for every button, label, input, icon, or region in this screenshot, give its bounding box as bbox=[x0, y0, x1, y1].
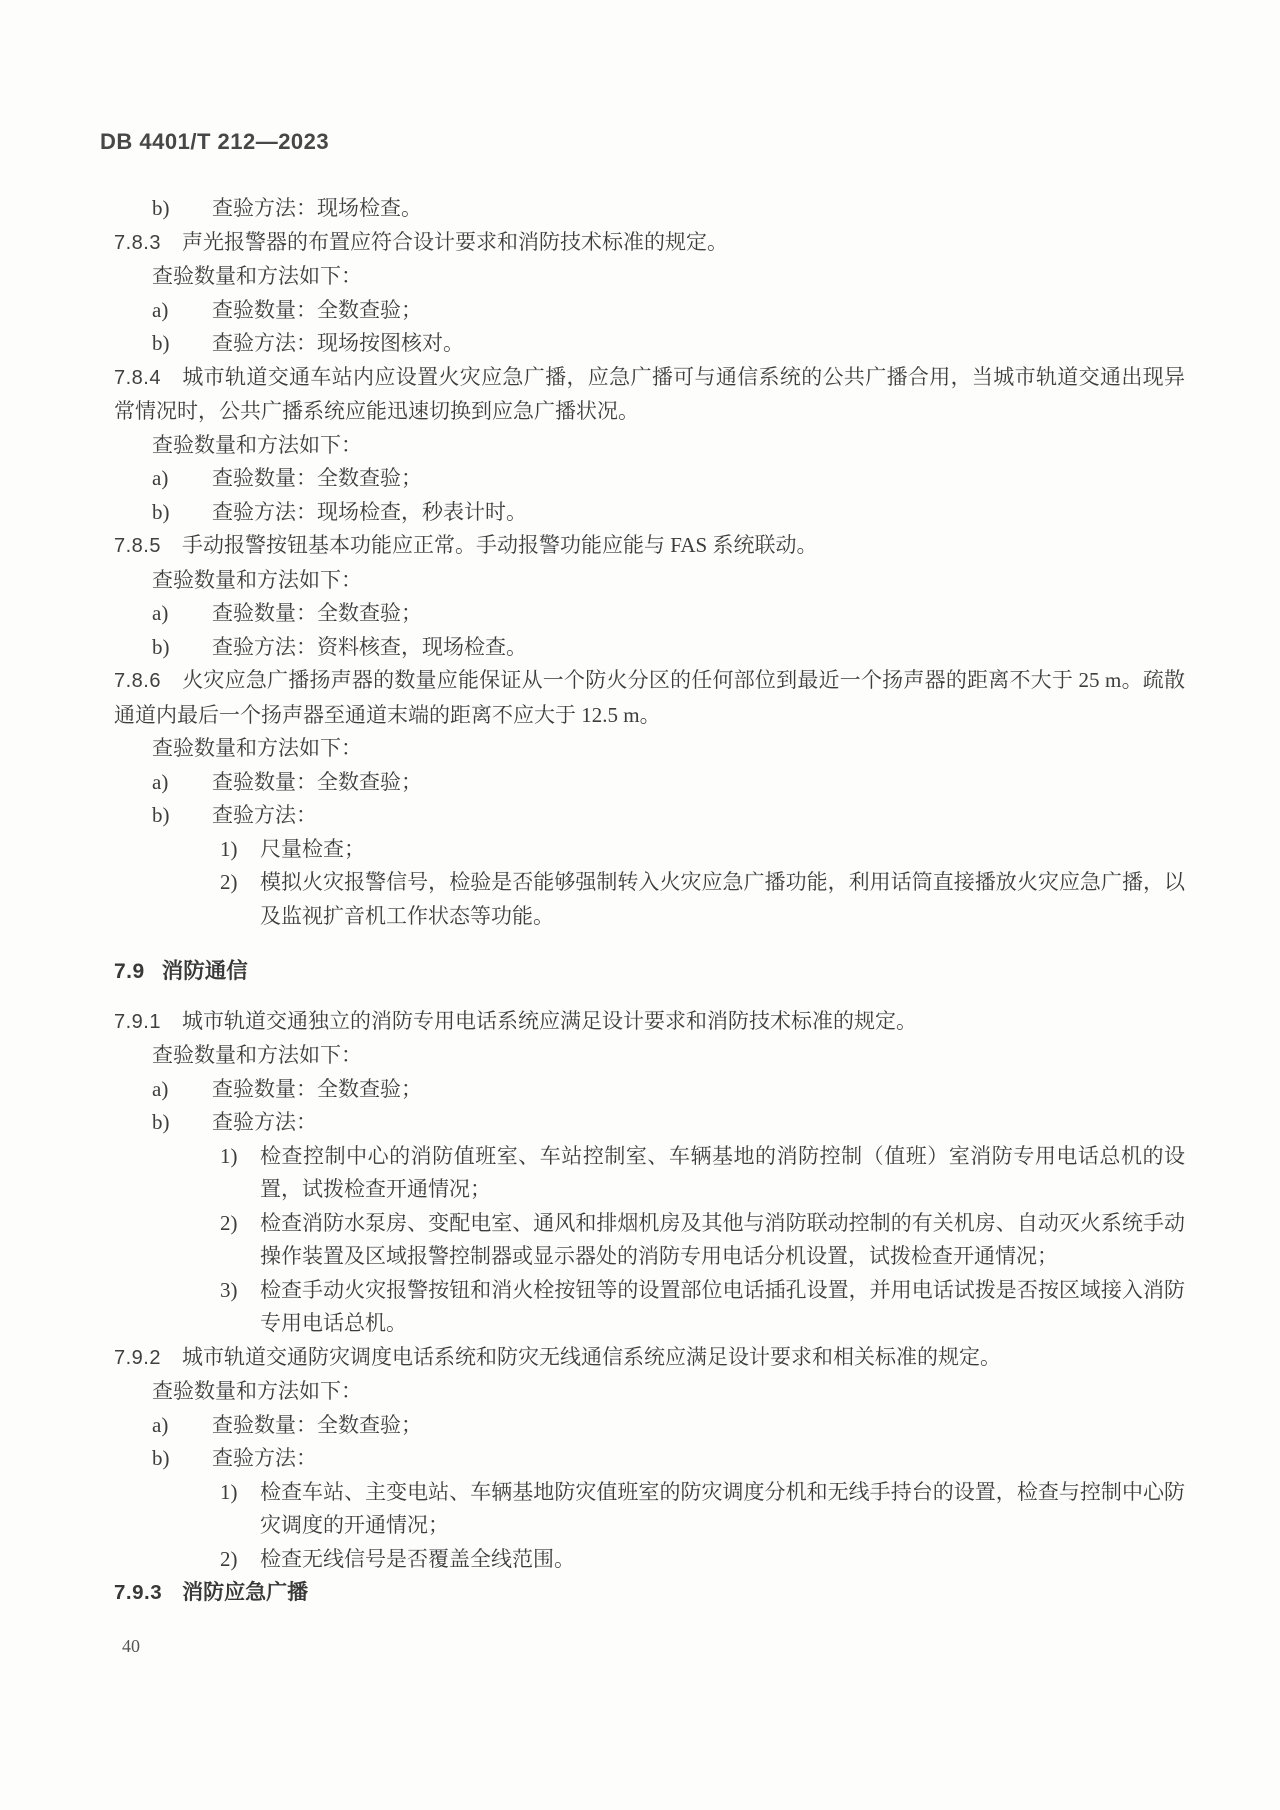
item-text: 查验方法： bbox=[212, 1106, 1185, 1140]
item-label: b) bbox=[152, 192, 212, 226]
list-lead: 查验数量和方法如下： bbox=[114, 1375, 1185, 1409]
page-number: 40 bbox=[122, 1636, 1185, 1657]
list-lead: 查验数量和方法如下： bbox=[114, 564, 1185, 598]
item-text: 检查无线信号是否覆盖全线范围。 bbox=[260, 1543, 1185, 1577]
clause-number: 7.8.5 bbox=[114, 535, 161, 557]
item-text: 模拟火灾报警信号，检验是否能够强制转入火灾应急广播功能，利用话筒直接播放火灾应急… bbox=[260, 866, 1185, 933]
item-label: a) bbox=[152, 1073, 212, 1107]
item-text: 查验数量：全数查验； bbox=[212, 1409, 1185, 1443]
item-label: a) bbox=[152, 597, 212, 631]
list-item-a: a)查验数量：全数查验； bbox=[114, 766, 1185, 800]
item-label: b) bbox=[152, 496, 212, 530]
item-text: 查验方法：现场检查。 bbox=[212, 192, 1185, 226]
item-text: 查验数量：全数查验； bbox=[212, 766, 1185, 800]
item-label: 2) bbox=[220, 1207, 260, 1274]
clause-7.9.2: 7.9.2城市轨道交通防灾调度电话系统和防灾无线通信系统应满足设计要求和相关标准… bbox=[114, 1341, 1185, 1376]
document-page: DB 4401/T 212—2023 b)查验方法：现场检查。7.8.3声光报警… bbox=[0, 0, 1280, 1810]
list-lead: 查验数量和方法如下： bbox=[114, 429, 1185, 463]
list-item-a: a)查验数量：全数查验； bbox=[114, 597, 1185, 631]
clause-number: 7.8.6 bbox=[114, 670, 161, 692]
list-subitem-2: 2)模拟火灾报警信号，检验是否能够强制转入火灾应急广播功能，利用话筒直接播放火灾… bbox=[114, 866, 1185, 933]
item-text: 查验数量：全数查验； bbox=[212, 597, 1185, 631]
clause-7.9.1: 7.9.1城市轨道交通独立的消防专用电话系统应满足设计要求和消防技术标准的规定。 bbox=[114, 1005, 1185, 1040]
document-code-header: DB 4401/T 212—2023 bbox=[100, 130, 1185, 154]
item-label: 3) bbox=[220, 1274, 260, 1341]
list-subitem-1: 1)检查控制中心的消防值班室、车站控制室、车辆基地的消防控制（值班）室消防专用电… bbox=[114, 1140, 1185, 1207]
clause-text: 城市轨道交通防灾调度电话系统和防灾无线通信系统应满足设计要求和相关标准的规定。 bbox=[182, 1345, 1001, 1369]
clause-text: 火灾应急广播扬声器的数量应能保证从一个防火分区的任何部位到最近一个扬声器的距离不… bbox=[114, 668, 1185, 727]
item-label: a) bbox=[152, 294, 212, 328]
item-label: a) bbox=[152, 1409, 212, 1443]
list-item-a: a)查验数量：全数查验； bbox=[114, 294, 1185, 328]
item-label: a) bbox=[152, 462, 212, 496]
item-label: 1) bbox=[220, 1140, 260, 1207]
clause-7.8.3: 7.8.3声光报警器的布置应符合设计要求和消防技术标准的规定。 bbox=[114, 226, 1185, 261]
list-item-b: b)查验方法：现场按图核对。 bbox=[114, 327, 1185, 361]
clause-number: 7.8.3 bbox=[114, 232, 161, 254]
item-label: a) bbox=[152, 766, 212, 800]
item-text: 尺量检查； bbox=[260, 833, 1185, 867]
clause-number: 7.9.3 bbox=[114, 1581, 162, 1604]
item-text: 查验方法：现场按图核对。 bbox=[212, 327, 1185, 361]
list-item-b: b)查验方法：现场检查。 bbox=[114, 192, 1185, 226]
section-heading-7.9: 7.9消防通信 bbox=[114, 955, 1185, 989]
clause-number: 7.9 bbox=[114, 960, 145, 983]
list-item-a: a)查验数量：全数查验； bbox=[114, 1409, 1185, 1443]
item-label: 1) bbox=[220, 1476, 260, 1543]
list-subitem-2: 2)检查无线信号是否覆盖全线范围。 bbox=[114, 1543, 1185, 1577]
item-text: 查验方法： bbox=[212, 1442, 1185, 1476]
list-item-b: b)查验方法：资料核查，现场检查。 bbox=[114, 631, 1185, 665]
item-text: 查验方法： bbox=[212, 799, 1185, 833]
item-label: b) bbox=[152, 631, 212, 665]
list-lead: 查验数量和方法如下： bbox=[114, 260, 1185, 294]
item-label: b) bbox=[152, 799, 212, 833]
list-item-b: b)查验方法：现场检查，秒表计时。 bbox=[114, 496, 1185, 530]
list-subitem-2: 2)检查消防水泵房、变配电室、通风和排烟机房及其他与消防联动控制的有关机房、自动… bbox=[114, 1207, 1185, 1274]
item-label: 2) bbox=[220, 866, 260, 933]
list-subitem-3: 3)检查手动火灾报警按钮和消火栓按钮等的设置部位电话插孔设置，并用电话试拨是否按… bbox=[114, 1274, 1185, 1341]
clause-text: 消防应急广播 bbox=[182, 1581, 308, 1604]
list-item-a: a)查验数量：全数查验； bbox=[114, 1073, 1185, 1107]
clause-number: 7.8.4 bbox=[114, 367, 161, 389]
list-lead: 查验数量和方法如下： bbox=[114, 1039, 1185, 1073]
clause-text: 城市轨道交通车站内应设置火灾应急广播，应急广播可与通信系统的公共广播合用，当城市… bbox=[114, 365, 1185, 424]
list-subitem-1: 1)检查车站、主变电站、车辆基地防灾值班室的防灾调度分机和无线手持台的设置，检查… bbox=[114, 1476, 1185, 1543]
item-text: 检查车站、主变电站、车辆基地防灾值班室的防灾调度分机和无线手持台的设置，检查与控… bbox=[260, 1476, 1185, 1543]
list-item-a: a)查验数量：全数查验； bbox=[114, 462, 1185, 496]
document-content: b)查验方法：现场检查。7.8.3声光报警器的布置应符合设计要求和消防技术标准的… bbox=[114, 192, 1185, 1610]
item-text: 查验数量：全数查验； bbox=[212, 462, 1185, 496]
clause-7.9.3: 7.9.3消防应急广播 bbox=[114, 1576, 1185, 1610]
item-label: b) bbox=[152, 1106, 212, 1140]
item-label: 1) bbox=[220, 833, 260, 867]
list-lead: 查验数量和方法如下： bbox=[114, 732, 1185, 766]
item-text: 查验数量：全数查验； bbox=[212, 294, 1185, 328]
list-item-b: b)查验方法： bbox=[114, 1106, 1185, 1140]
list-subitem-1: 1)尺量检查； bbox=[114, 833, 1185, 867]
item-text: 检查控制中心的消防值班室、车站控制室、车辆基地的消防控制（值班）室消防专用电话总… bbox=[260, 1140, 1185, 1207]
clause-7.8.4: 7.8.4城市轨道交通车站内应设置火灾应急广播，应急广播可与通信系统的公共广播合… bbox=[114, 361, 1185, 429]
clause-text: 城市轨道交通独立的消防专用电话系统应满足设计要求和消防技术标准的规定。 bbox=[182, 1009, 917, 1033]
clause-text: 手动报警按钮基本功能应正常。手动报警功能应能与 FAS 系统联动。 bbox=[182, 533, 817, 557]
list-item-b: b)查验方法： bbox=[114, 1442, 1185, 1476]
clause-text: 消防通信 bbox=[162, 959, 248, 983]
clause-number: 7.9.1 bbox=[114, 1011, 161, 1033]
item-text: 检查消防水泵房、变配电室、通风和排烟机房及其他与消防联动控制的有关机房、自动灭火… bbox=[260, 1207, 1185, 1274]
item-label: b) bbox=[152, 1442, 212, 1476]
clause-number: 7.9.2 bbox=[114, 1347, 161, 1369]
clause-7.8.6: 7.8.6火灾应急广播扬声器的数量应能保证从一个防火分区的任何部位到最近一个扬声… bbox=[114, 664, 1185, 732]
item-text: 检查手动火灾报警按钮和消火栓按钮等的设置部位电话插孔设置，并用电话试拨是否按区域… bbox=[260, 1274, 1185, 1341]
item-text: 查验方法：现场检查，秒表计时。 bbox=[212, 496, 1185, 530]
item-label: b) bbox=[152, 327, 212, 361]
list-item-b: b)查验方法： bbox=[114, 799, 1185, 833]
clause-text: 声光报警器的布置应符合设计要求和消防技术标准的规定。 bbox=[182, 230, 728, 254]
clause-7.8.5: 7.8.5手动报警按钮基本功能应正常。手动报警功能应能与 FAS 系统联动。 bbox=[114, 529, 1185, 564]
item-label: 2) bbox=[220, 1543, 260, 1577]
item-text: 查验方法：资料核查，现场检查。 bbox=[212, 631, 1185, 665]
item-text: 查验数量：全数查验； bbox=[212, 1073, 1185, 1107]
